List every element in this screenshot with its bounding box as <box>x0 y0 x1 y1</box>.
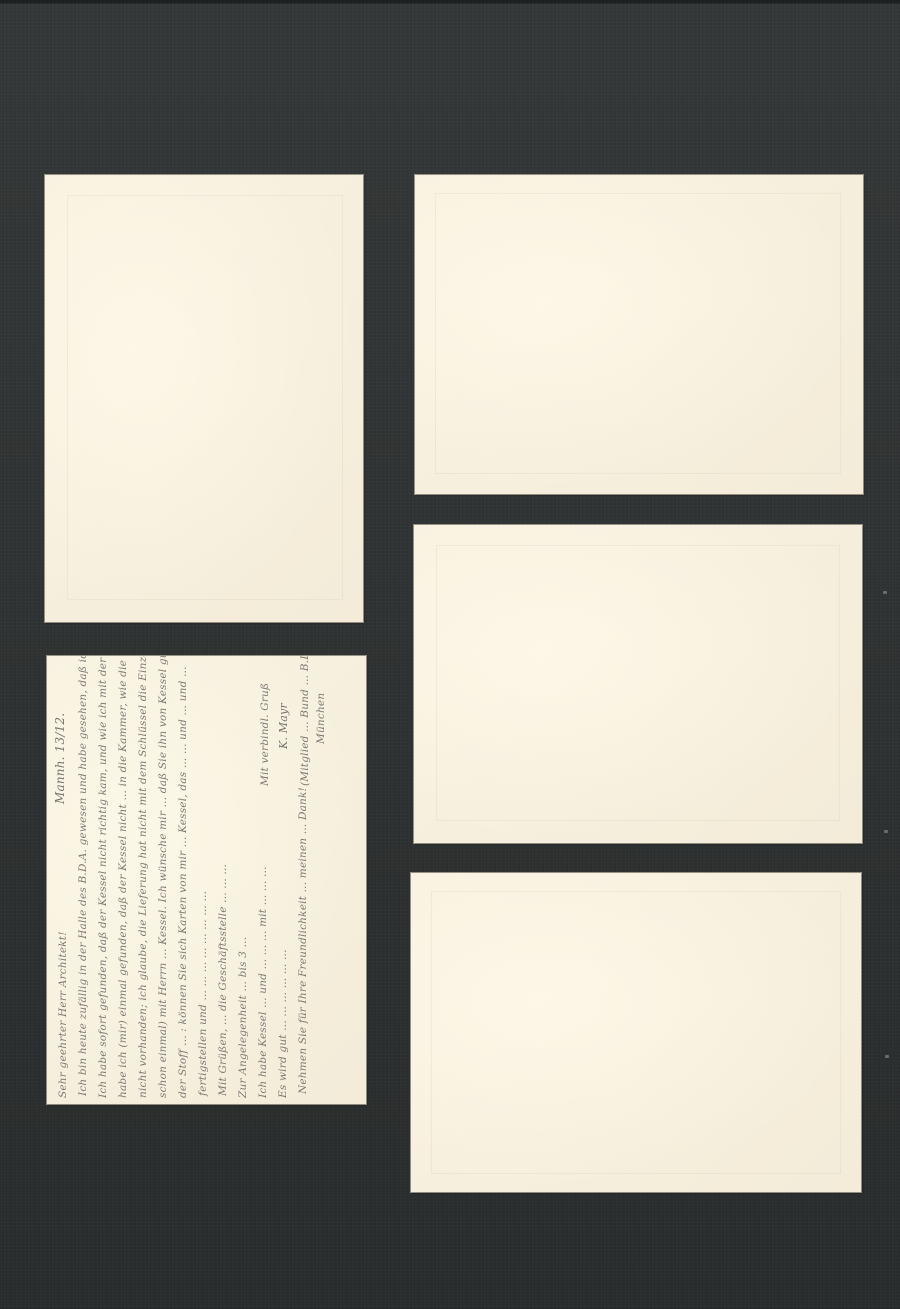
letter-line: der Stoff ... : können Sie sich Karten v… <box>177 666 189 1098</box>
edge-mark <box>884 830 888 833</box>
letter-line: Ich habe Kessel ... und ... ... ... mit … <box>257 866 269 1098</box>
handwritten-message: Mannh. 13/12. Sehr geehrter Herr Archite… <box>47 656 366 1104</box>
letter-signature: K. Mayr <box>277 703 290 749</box>
letter-greeting: Sehr geehrter Herr Architekt! <box>57 931 69 1098</box>
show-through-frame <box>431 891 841 1174</box>
letter-line: Ich bin heute zufällig in der Halle des … <box>77 656 89 1096</box>
letter-line: habe ich (mir) einmal gefunden, daß der … <box>117 656 129 1098</box>
letter-date: Mannh. 13/12. <box>53 713 67 804</box>
show-through-frame <box>435 193 841 474</box>
letter-line: Ich habe sofort gefunden, daß der Kessel… <box>97 656 109 1098</box>
letter-line: Nehmen Sie für Ihre Freundlichkeit ... m… <box>297 787 309 1094</box>
letter-line: schon einmal) mit Herrn ... Kessel. Ich … <box>157 656 169 1098</box>
edge-mark <box>883 591 887 594</box>
letter-signature-note: (Mitglied ... Bund ... B.D.A.) <box>299 656 311 786</box>
letter-line: Mit Grüßen, ... die Geschäftsstelle ... … <box>217 864 229 1096</box>
letter-line: fertigstellen und ... ... ... ... ... ..… <box>197 891 209 1096</box>
letter-line: nicht vorhanden; ich glaube, die Lieferu… <box>137 656 149 1098</box>
postcard-middle-right <box>414 525 862 843</box>
letter-signature-place: München <box>315 693 327 744</box>
letter-line: Es wird gut ... ... ... ... ... ... <box>277 949 289 1098</box>
letter-closing: Mit verbindl. Gruß <box>259 683 271 786</box>
edge-mark <box>885 1055 889 1058</box>
postcard-bottom-right <box>411 873 861 1192</box>
show-through-frame <box>436 545 840 821</box>
postcard-top-left <box>45 175 363 622</box>
postcard-top-right <box>415 175 863 494</box>
postcard-handwritten: Mannh. 13/12. Sehr geehrter Herr Archite… <box>47 656 366 1104</box>
letter-line: Zur Angelegenheit ... bis 3 ... <box>237 937 249 1098</box>
show-through-frame <box>67 195 343 600</box>
